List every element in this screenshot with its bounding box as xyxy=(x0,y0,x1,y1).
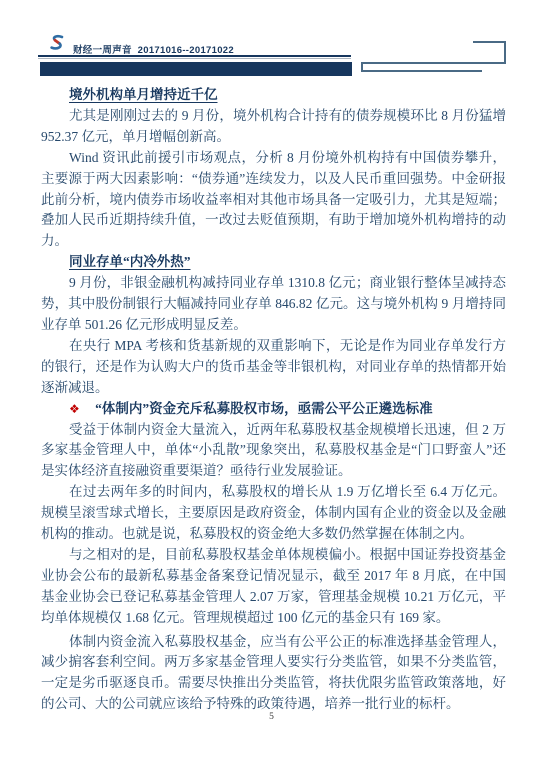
header-navy-bar xyxy=(40,62,352,76)
heading-overseas-institutions: 境外机构单月增持近千亿 xyxy=(41,85,506,106)
header-corner-decoration xyxy=(350,38,543,78)
paragraph: 体制内资金流入私募股权基金，应当有公平公正的标准选择基金管理人，减少掮客套利空间… xyxy=(41,632,506,716)
section-heading-text: “体制内”资金充斥私募股权市场，亟需公平公正遴选标准 xyxy=(95,401,433,416)
header-rule xyxy=(38,55,351,59)
paragraph: 9 月份，非银金融机构减持同业存单 1310.8 亿元；商业银行整体呈减持态势，… xyxy=(41,273,506,336)
s-swoosh-logo xyxy=(47,34,67,54)
header-title: 财经一周声音 20171016--20171022 xyxy=(73,42,234,56)
paragraph: 与之相对的是，目前私募股权基金单体规模偏小。根据中国证券投资基金业协会公布的最新… xyxy=(41,545,506,629)
heading-interbank-deposits: 同业存单“内冷外热” xyxy=(41,252,506,273)
page-number: 5 xyxy=(0,712,543,722)
section-heading-private-equity: ❖ “体制内”资金充斥私募股权市场，亟需公平公正遴选标准 xyxy=(41,399,506,420)
paragraph: 在央行 MPA 考核和货基新规的双重影响下，无论是作为同业存单发行方的银行，还是… xyxy=(41,336,506,399)
diamond-bullet-icon: ❖ xyxy=(69,402,80,416)
document-page: 财经一周声音 20171016--20171022 境外机构单月增持近千亿 尤其… xyxy=(0,0,543,768)
document-body: 境外机构单月增持近千亿 尤其是刚刚过去的 9 月份，境外机构合计持有的债券规模环… xyxy=(41,85,506,715)
paragraph: 尤其是刚刚过去的 9 月份，境外机构合计持有的债券规模环比 8 月份猛增 952… xyxy=(41,106,506,148)
paragraph: Wind 资讯此前援引市场观点，分析 8 月份境外机构持有中国债券攀升，主要源于… xyxy=(41,148,506,253)
paragraph: 在过去两年多的时间内，私募股权的增长从 1.9 万亿增长至 6.4 万亿元。规模… xyxy=(41,482,506,545)
paragraph: 受益于体制内资金大量流入，近两年私募股权基金规模增长迅速，但 2 万多家基金管理… xyxy=(41,420,506,483)
